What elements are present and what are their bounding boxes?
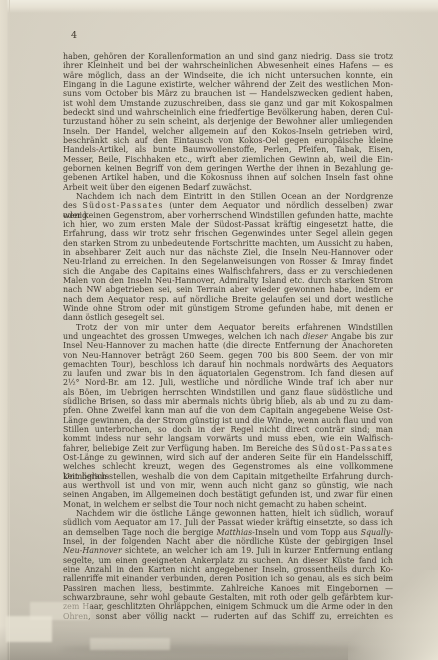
text-line: kommt indess nur sehr langsam vorwärts u… (63, 434, 393, 443)
text-line: Passiren machen liess, bestimmte. Zahlre… (63, 584, 393, 593)
text-line: ist wohl dem Umstande zuzuschreiben, das… (63, 99, 393, 108)
text-line: Monat, in welchem er selbst die Tour noc… (63, 500, 393, 509)
book-page: 4 haben, gehören der Korallenformation a… (0, 0, 438, 660)
text-line: seinen Angaben, im Allgemeinen doch best… (63, 490, 393, 499)
paragraph: Nachdem wir die östliche Länge gewonnen … (63, 509, 393, 621)
text-line: Eingang in die Lagune existirte, welcher… (63, 80, 393, 89)
text-line: Ost-Länge zu gewinnen, wird sich auf der… (63, 453, 393, 462)
text-line: Handels-Artikel, als bunte Baumwollensto… (63, 145, 393, 154)
paragraph: Nachdem ich nach dem Eintritt in den Sti… (63, 192, 393, 323)
text-line: Inseln. Der Handel, welcher allgemein au… (63, 127, 393, 136)
scan-artifact-corner-fold (348, 570, 438, 660)
text-line: dann östlich gesegelt sei. (63, 313, 393, 322)
text-line: Arbeit weit über den eigenen Bedarf zuwä… (63, 183, 393, 192)
text-line: welches schlecht kreuzt, wegen des Gegen… (63, 462, 393, 471)
text-line: turzustand höher zu sein scheint, als de… (63, 117, 393, 126)
text-line: südliche Brisen, so dass mir abermals ni… (63, 397, 393, 406)
text-line: segelte, um einen geeigneten Ankerplatz … (63, 556, 393, 565)
text-line: schwarzbraune, sehr wohl gebaute Gestalt… (63, 593, 393, 602)
text-line: fahrer, beliebige Zeit zur Verfügung hab… (63, 444, 393, 453)
scan-artifact-paper-patch (90, 638, 170, 650)
text-line: keit herausstellen, weshalb die von dem … (63, 472, 393, 481)
text-line: beschränkt sich auf den Eintausch von Ko… (63, 136, 393, 145)
text-line: nach dem Aequator resp. auf nördliche Br… (63, 295, 393, 304)
scan-artifact-left-margin-crease (0, 0, 10, 660)
text-line: Neu-Irland zu erreichen. In den Segelanw… (63, 257, 393, 266)
text-line: Insel Neu-Hannover zu machen hatte (die … (63, 341, 393, 350)
text-line: nach NW abgetrieben sei, sein Terrain ab… (63, 285, 393, 294)
text-line: ihrer Kleinheit und bei der wahrscheinli… (63, 61, 393, 70)
paragraph: Trotz der von mir unter dem Aequator ber… (63, 323, 393, 510)
text-line: gebenen Artikel haben, und die Kokosnuss… (63, 173, 393, 182)
text-line: Nachdem ich nach dem Eintritt in den Sti… (63, 192, 393, 201)
scanned-book-page-background: { "colors": { "paper": "#d9d3c4", "ink":… (0, 0, 438, 660)
text-line: gemachten Tour), beschloss ich darauf hi… (63, 360, 393, 369)
text-line: den starken Strom zu unbedeutende Fortsc… (63, 239, 393, 248)
text-line: zem Haar, geschlitzten Ohrläppchen, eini… (63, 602, 393, 611)
text-line: oder keinen Gegenstrom, aber vorherrsche… (63, 211, 393, 220)
text-line: Länge gewinnen, da der Strom günstig ist… (63, 416, 393, 425)
text-line: in absehbarer Zeit auch nur das nächste … (63, 248, 393, 257)
page-number: 4 (71, 30, 78, 41)
text-line: sich die Angabe des Capitains eines Walf… (63, 267, 393, 276)
text-line: haben, gehören der Korallenformation an … (63, 52, 393, 61)
text-line: südlich vom Aequator am 17. Juli der Pas… (63, 518, 393, 527)
text-line: Messer, Beile, Fischhaken etc., wirft ab… (63, 155, 393, 164)
scan-artifact-top-edge (0, 0, 438, 13)
text-line: Neu-Hannover sichtete, an welcher ich am… (63, 546, 393, 555)
text-line: Trotz der von mir unter dem Aequator ber… (63, 323, 393, 332)
text-line: von Neu-Hannover beträgt 260 Seem. gegen… (63, 351, 393, 360)
text-line: wäre möglich, dass an der Windseite, die… (63, 71, 393, 80)
text-line: 2½° Nord-Br. am 12. Juli, westliche und … (63, 378, 393, 387)
text-line: als Böen, im Uebrigen herrschten Windsti… (63, 388, 393, 397)
text-line: des Südost-Passates (unter dem Aequator … (63, 201, 393, 210)
paragraph: haben, gehören der Korallenformation an … (63, 52, 393, 192)
text-line: rallenriffe mit einander verbunden, dere… (63, 574, 393, 583)
text-line: Insel, in der folgenden Nacht aber die n… (63, 537, 393, 546)
text-block: haben, gehören der Korallenformation an … (63, 52, 393, 621)
text-line: Nachdem wir die östliche Länge gewonnen … (63, 509, 393, 518)
text-line: zu laufen und zwar bis in den äquatorial… (63, 369, 393, 378)
text-line: pfen. Ohne Zweifel kann man auf die von … (63, 406, 393, 415)
text-line: aus werthvoll ist und von mir, wenn auch… (63, 481, 393, 490)
text-line: suns vom October bis März zu brauchen is… (63, 89, 393, 98)
text-line: gebornen keinen Begriff von dem geringen… (63, 164, 393, 173)
text-line: an demselben Tage noch die bergige Matth… (63, 528, 393, 537)
text-line: Stillen unterbrochen, so doch in der Reg… (63, 425, 393, 434)
text-line: Winde ohne Strom oder mit günstigem Stro… (63, 304, 393, 313)
text-line: eine Anzahl in den Karten nicht angegebe… (63, 565, 393, 574)
text-line: Erfahrung, dass wir trotz sehr frischen … (63, 229, 393, 238)
text-line: ich hier, wo zum ersten Male der Südost-… (63, 220, 393, 229)
text-line: Ohren, sonst aber völlig nackt — ruderte… (63, 612, 393, 621)
text-line: bedeckt sind und wahrscheinlich eine fri… (63, 108, 393, 117)
scan-artifact-paper-patch (30, 602, 90, 620)
text-line: und ungeachtet des grossen Umweges, welc… (63, 332, 393, 341)
text-line: Malen von den Inseln Neu-Hannover, Admir… (63, 276, 393, 285)
